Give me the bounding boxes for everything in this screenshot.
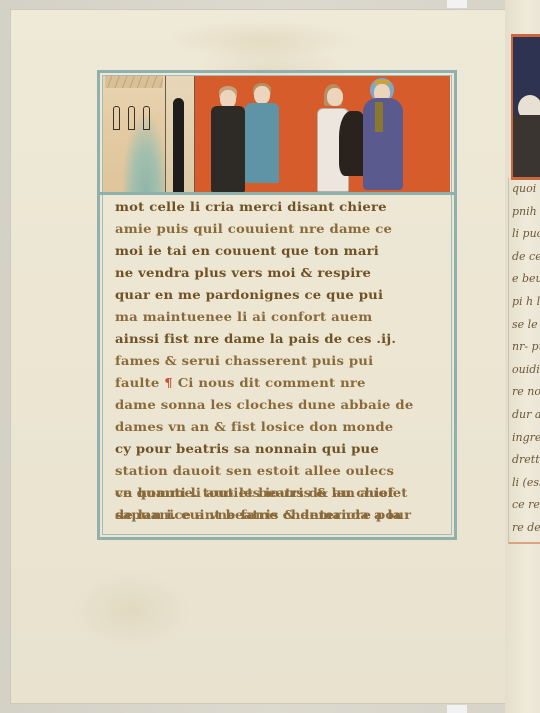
- text-line: dames vn an & fist losice don monde: [115, 421, 453, 441]
- text-line: dame sonna les cloches dune abbaie de: [115, 399, 453, 419]
- miniature-illumination: [103, 76, 450, 193]
- rubric-heading: Ci nous dit: [178, 377, 261, 391]
- text-line: de lan i. euint beatris & demanda a la: [115, 509, 453, 529]
- facing-line: re de: [509, 517, 540, 540]
- head: [254, 86, 270, 104]
- facing-page-miniature: [511, 34, 540, 180]
- building-roof: [105, 76, 163, 88]
- arched-window-icon: [128, 106, 135, 130]
- facing-line: pi h l: [509, 291, 540, 314]
- facing-line: ingre: [509, 427, 540, 450]
- crowned-figure-in-purple: [361, 78, 407, 193]
- color-calibration-white-bottom: [447, 705, 467, 713]
- text-line: ma maintuenee li ai confort auem: [115, 311, 453, 331]
- text-line: ainssi fist nre dame la pais de ces .ij.: [115, 333, 453, 353]
- facing-line: li (esl: [509, 472, 540, 495]
- text-line: fames & serui chasserent puis pui: [115, 355, 453, 375]
- facing-line: li pucel: [509, 223, 540, 246]
- facing-line: se le m: [509, 314, 540, 337]
- text-line: station dauoit sen estoit allee oulecs: [115, 465, 453, 485]
- pilcrow-rubric-icon: ¶: [164, 377, 173, 391]
- text-line: ce quanti li auoiet beatris & au chief: [115, 487, 453, 507]
- text-fragment: faulte: [115, 377, 160, 391]
- text-fragment: comment nre: [265, 377, 366, 391]
- figure-in-blue: [241, 81, 283, 193]
- facing-line: de ce t: [509, 246, 540, 269]
- blue-robe: [245, 103, 279, 183]
- text-line: amie puis quil couuient nre dame ce: [115, 223, 453, 243]
- arched-window-icon: [113, 106, 120, 130]
- text-line: moi ie tai en couuent que ton mari: [115, 245, 453, 265]
- facing-line: quoi ti: [509, 178, 540, 201]
- gothic-building: [103, 76, 193, 193]
- text-line: cy pour beatris sa nonnain qui pue: [115, 443, 453, 463]
- facing-page-text: quoi ti pnih I li pucel de ce t e beurs …: [508, 178, 540, 544]
- facing-line: ie deb: [509, 540, 540, 545]
- text-line: ne vendra plus vers moi & respire: [115, 267, 453, 287]
- black-robe: [211, 106, 245, 192]
- parchment-stain: [71, 570, 191, 650]
- text-line: quar en me pardonignes ce que pui: [115, 289, 453, 309]
- head: [327, 88, 343, 106]
- facing-line: ce re: [509, 494, 540, 517]
- text-column: mot celle li cria merci disant chiere am…: [107, 198, 452, 528]
- facing-line: dur a: [509, 404, 540, 427]
- purple-robe: [363, 98, 403, 190]
- robe-lining: [375, 102, 383, 132]
- facing-line: e beurs: [509, 268, 540, 291]
- color-calibration-white: [447, 0, 467, 8]
- text-line: mot celle li cria merci disant chiere: [115, 201, 453, 221]
- rubric-line: faulte ¶ Ci nous dit comment nre: [115, 377, 453, 397]
- facing-line: re no: [509, 381, 540, 404]
- facing-line: pnih I: [509, 201, 540, 224]
- facing-line: nr- pu: [509, 336, 540, 359]
- dark-figure: [513, 115, 540, 177]
- dark-doorway: [173, 98, 184, 193]
- miniature-divider: [100, 192, 454, 195]
- facing-line: ouidim: [509, 359, 540, 382]
- arched-window-icon: [143, 106, 150, 130]
- facing-line: drette: [509, 449, 540, 472]
